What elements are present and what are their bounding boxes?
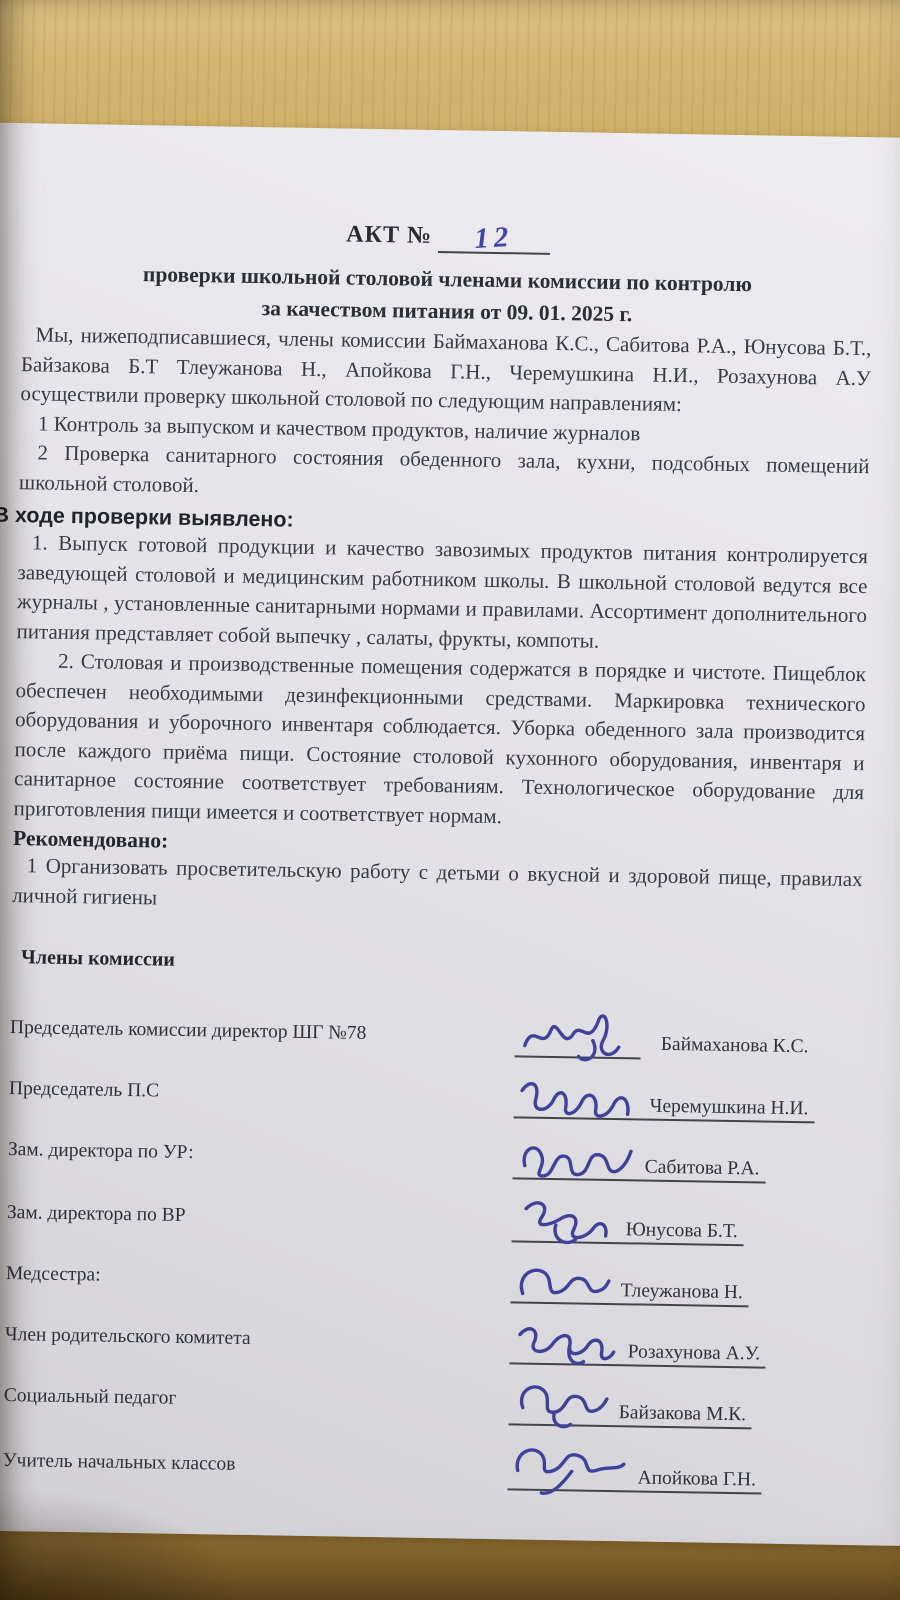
signature-scribble-icon: [511, 1440, 628, 1498]
signature-role: Зам. директора по ВР: [7, 1202, 512, 1242]
signature-role: Зам. директора по УР:: [8, 1139, 513, 1179]
signature-underline: Сабитова Р.А.: [513, 1135, 766, 1183]
signature-row: Учитель начальных классов Апойкова Г.Н.: [2, 1432, 853, 1496]
signature-row: Медсестра: Тлеужанова Н.: [6, 1249, 857, 1309]
signature-scribble-icon: [513, 1318, 618, 1372]
signature-underline: Розахунова А.У.: [509, 1318, 766, 1368]
intro-paragraph: Мы, нижеподписавшиеся, члены комиссии Ба…: [20, 320, 871, 423]
signature-underline: [515, 1005, 642, 1059]
signature-scribble-icon: [516, 1135, 635, 1187]
finding-paragraph-2: 2. Столовая и производственные помещения…: [13, 646, 866, 837]
signature-name: Розахунова А.У.: [617, 1341, 762, 1366]
signature-name: Юнусова Б.Т.: [616, 1219, 740, 1244]
signature-row: Член родительского комитета Розахунова А…: [5, 1310, 856, 1370]
signature-row: Председатель комиссии директор ШГ №78 Ба…: [10, 997, 861, 1063]
signature-name: Баймаханова К.С.: [651, 1034, 811, 1063]
signature-scribble-icon: [518, 1005, 637, 1065]
signature-underline: Юнусова Б.Т.: [512, 1194, 745, 1246]
signature-scribble-icon: [517, 1072, 640, 1126]
signature-scribble-icon: [512, 1379, 609, 1433]
document-content: АКТ №12 проверки школьной столовой члена…: [0, 210, 900, 1497]
signature-underline: Черемушкина Н.И.: [514, 1072, 815, 1123]
act-number-underline: 12: [438, 218, 551, 255]
signature-row: Председатель П.С Черемушкина Н.И.: [9, 1064, 860, 1124]
finding-paragraph-1: 1. Выпуск готовой продукции и качество з…: [16, 528, 868, 660]
signature-row: Зам. директора по УР: Сабитова Р.А.: [8, 1125, 859, 1185]
signature-role: Председатель комиссии директор ШГ №78: [10, 1017, 515, 1057]
members-heading: Члены комиссии: [21, 946, 861, 983]
signature-role: Член родительского комитета: [5, 1324, 510, 1364]
document-title: АКТ №12: [23, 211, 873, 260]
signature-scribble-icon: [515, 1194, 616, 1250]
signature-name: Тлеужанова Н.: [611, 1280, 745, 1305]
signature-role: Учитель начальных классов: [2, 1450, 507, 1490]
signature-role: Председатель П.С: [9, 1078, 514, 1118]
signature-name: Черемушкина Н.И.: [640, 1095, 811, 1121]
signatures-block: Председатель комиссии директор ШГ №78 Ба…: [2, 997, 860, 1496]
title-prefix: АКТ №: [346, 222, 432, 249]
signature-underline: Апойкова Г.Н.: [507, 1440, 762, 1494]
act-number-handwritten: 12: [474, 221, 515, 256]
signature-row: Социальный педагог Байзакова М.К.: [4, 1371, 855, 1431]
signature-name: Байзакова М.К.: [608, 1402, 748, 1427]
document-paper: АКТ №12 проверки школьной столовой члена…: [0, 122, 900, 1546]
signature-name: Апойкова Г.Н.: [627, 1467, 758, 1492]
signature-role: Медсестра:: [6, 1263, 511, 1303]
signature-role: Социальный педагог: [4, 1385, 509, 1425]
signature-underline: Байзакова М.К.: [508, 1379, 752, 1429]
signature-underline: Тлеужанова Н.: [510, 1259, 749, 1307]
signature-row: Зам. директора по ВР Юнусова Б.Т.: [7, 1186, 858, 1248]
signature-scribble-icon: [514, 1259, 611, 1311]
signature-name: Сабитова Р.А.: [635, 1156, 762, 1181]
